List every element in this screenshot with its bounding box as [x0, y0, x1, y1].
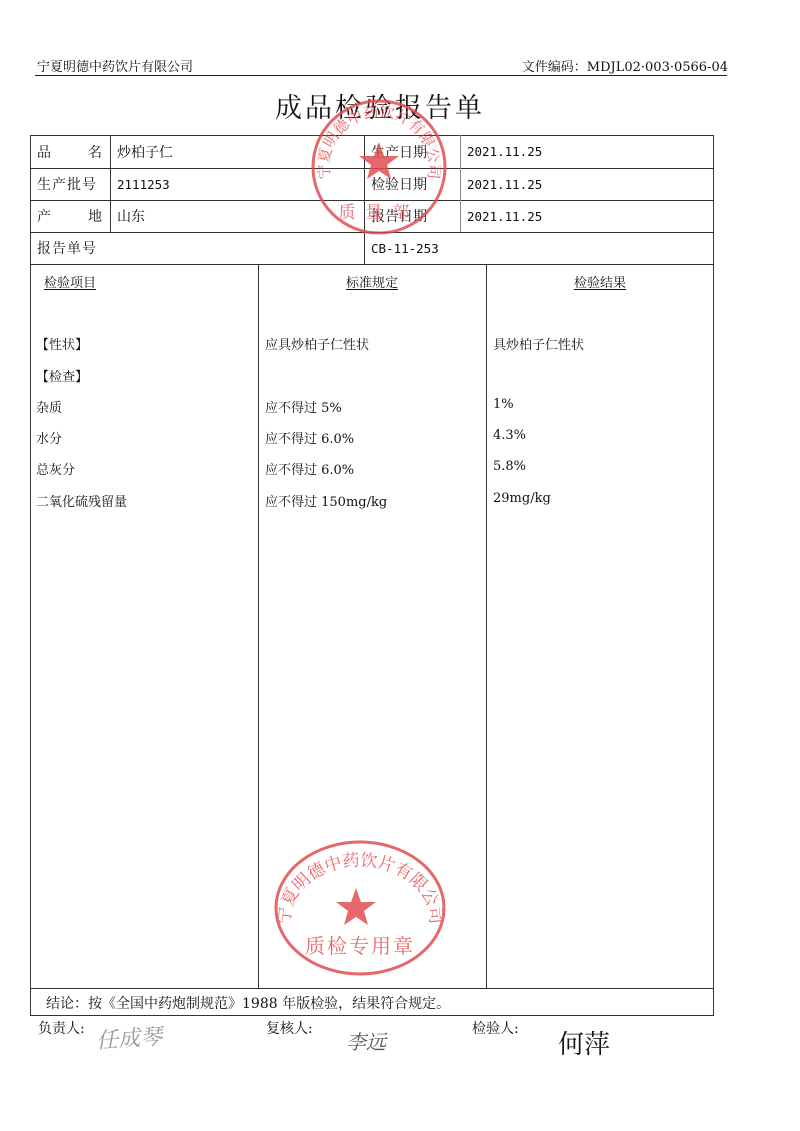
report-date-value: 2021.11.25 [460, 200, 714, 232]
result-standard: 应具炒柏子仁性状 [265, 334, 369, 353]
result-item: 总灰分 [36, 459, 75, 478]
responsible-label: 负责人: [38, 1018, 85, 1038]
inspection-date-value: 2021.11.25 [460, 168, 714, 200]
result-item: 水分 [36, 428, 62, 447]
reviewer-label: 复核人: [266, 1018, 313, 1038]
column-header-standard: 标准规定 [258, 272, 486, 291]
result-value: 5.8% [493, 459, 526, 474]
col-divider [258, 264, 259, 988]
report-no-label: 报告单号 [30, 232, 364, 264]
document-code: 文件编码：MDJL02·003·0566-04 [522, 56, 728, 75]
production-date-value: 2021.11.25 [460, 135, 714, 168]
product-name-value: 炒柏子仁 [110, 135, 364, 168]
conclusion-text: 结论：按《全国中药炮制规范》1988 年版检验，结果符合规定。 [46, 993, 450, 1013]
result-value: 具炒柏子仁性状 [493, 334, 584, 353]
result-value: 4.3% [493, 428, 526, 443]
batch-label: 生产批号 [30, 168, 110, 200]
result-value: 1% [493, 397, 514, 412]
batch-value: 2111253 [110, 168, 364, 200]
inspector-signature: 何萍 [558, 1024, 610, 1061]
company-name: 宁夏明德中药饮片有限公司 [37, 56, 193, 75]
inspector-label: 检验人: [472, 1018, 519, 1038]
inspection-date-label: 检验日期 [364, 168, 460, 200]
col-divider [486, 264, 487, 988]
result-standard: 应不得过 6.0% [265, 459, 354, 478]
result-item: 二氧化硫残留量 [36, 491, 127, 510]
header-divider [35, 75, 727, 76]
result-item: 【性状】 [36, 334, 88, 353]
row-divider [30, 264, 714, 265]
column-header-result: 检验结果 [486, 272, 714, 291]
page-title: 成品检验报告单 [0, 86, 760, 125]
result-standard: 应不得过 5% [265, 397, 342, 416]
report-date-label: 报告日期 [364, 200, 460, 232]
reviewer-signature: 李远 [346, 1026, 386, 1055]
origin-value: 山东 [110, 200, 364, 232]
product-name-label: 品名 [30, 135, 110, 168]
result-value: 29mg/kg [493, 491, 551, 506]
responsible-signature: 任成琴 [95, 1020, 163, 1056]
production-date-label: 生产日期 [364, 135, 460, 168]
row-divider [30, 988, 714, 989]
report-table [30, 135, 714, 1016]
column-header-item: 检验项目 [44, 272, 96, 291]
result-item: 【检查】 [36, 366, 88, 385]
origin-label: 产地 [30, 200, 110, 232]
result-standard: 应不得过 150mg/kg [265, 491, 387, 510]
result-item: 杂质 [36, 397, 62, 416]
result-standard: 应不得过 6.0% [265, 428, 354, 447]
report-no-value: CB-11-253 [364, 232, 714, 264]
